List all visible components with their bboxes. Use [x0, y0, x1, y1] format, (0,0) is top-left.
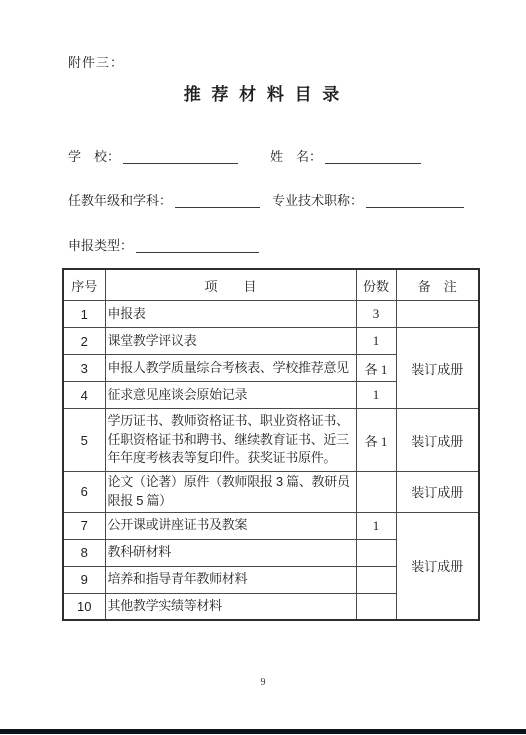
- field-grade-subject: 任教年级和学科：: [68, 190, 260, 209]
- materials-table: 序号 项 目 份数 备 注 1 申报表 3 2 课堂教学评议表 1 装订成册 3…: [62, 268, 480, 621]
- page-title: 推 荐 材 料 目 录: [0, 80, 526, 105]
- header-remark: 备 注: [396, 269, 479, 301]
- page-number: 9: [0, 677, 526, 688]
- cell-item: 公开课或讲座证书及教案: [105, 512, 356, 539]
- cell-copies: [356, 566, 396, 593]
- field-apply-type: 申报类型：: [68, 235, 259, 254]
- cell-no: 3: [63, 355, 105, 382]
- cell-copies: 3: [356, 301, 396, 328]
- cell-no: 1: [63, 301, 105, 328]
- cell-no: 8: [63, 539, 105, 566]
- header-item: 项 目: [105, 269, 356, 301]
- field-school-blank: [123, 149, 238, 164]
- cell-copies: [356, 472, 396, 513]
- cell-item: 课堂教学评议表: [105, 328, 356, 355]
- field-grade-subject-blank: [175, 193, 260, 208]
- cell-item: 教科研材料: [105, 539, 356, 566]
- cell-remark-merged: 装订成册: [396, 328, 479, 409]
- cell-item: 培养和指导青年教师材料: [105, 566, 356, 593]
- cell-copies: 各 1: [356, 355, 396, 382]
- field-name-blank: [325, 149, 421, 164]
- cell-item: 其他教学实绩等材料: [105, 593, 356, 620]
- cell-no: 9: [63, 566, 105, 593]
- field-professional-title: 专业技术职称：: [272, 190, 464, 209]
- cell-item: 学历证书、教师资格证书、职业资格证书、任职资格证书和聘书、继续教育证书、近三年年…: [105, 409, 356, 472]
- cell-no: 7: [63, 512, 105, 539]
- cell-no: 10: [63, 593, 105, 620]
- header-no: 序号: [63, 269, 105, 301]
- field-apply-type-blank: [136, 238, 259, 253]
- cell-item: 申报表: [105, 301, 356, 328]
- cell-no: 6: [63, 472, 105, 513]
- field-school-label: 学 校：: [68, 149, 120, 164]
- field-name-label: 姓 名：: [270, 149, 322, 164]
- cell-copies: 1: [356, 328, 396, 355]
- header-copies: 份数: [356, 269, 396, 301]
- field-professional-title-blank: [366, 193, 464, 208]
- cell-no: 5: [63, 409, 105, 472]
- table-row: 5 学历证书、教师资格证书、职业资格证书、任职资格证书和聘书、继续教育证书、近三…: [63, 409, 479, 472]
- field-professional-title-label: 专业技术职称：: [272, 193, 363, 208]
- table-row: 1 申报表 3: [63, 301, 479, 328]
- cell-copies: 1: [356, 382, 396, 409]
- cell-item: 申报人教学质量综合考核表、学校推荐意见: [105, 355, 356, 382]
- attachment-label: 附件三：: [68, 52, 124, 71]
- cell-copies: [356, 593, 396, 620]
- cell-copies: 各 1: [356, 409, 396, 472]
- cell-copies: 1: [356, 512, 396, 539]
- table-row: 6 论文（论著）原件（教师限报 3 篇、教研员限报 5 篇） 装订成册: [63, 472, 479, 513]
- cell-copies: [356, 539, 396, 566]
- table-header-row: 序号 项 目 份数 备 注: [63, 269, 479, 301]
- cell-no: 4: [63, 382, 105, 409]
- cell-no: 2: [63, 328, 105, 355]
- field-apply-type-label: 申报类型：: [68, 238, 133, 253]
- field-name: 姓 名：: [270, 146, 421, 165]
- table-row: 7 公开课或讲座证书及教案 1 装订成册: [63, 512, 479, 539]
- cell-remark: 装订成册: [396, 409, 479, 472]
- cell-remark: [396, 301, 479, 328]
- field-school: 学 校：: [68, 146, 238, 165]
- cell-remark-merged: 装订成册: [396, 512, 479, 620]
- field-grade-subject-label: 任教年级和学科：: [68, 193, 172, 208]
- cell-item: 征求意见座谈会原始记录: [105, 382, 356, 409]
- cell-item: 论文（论著）原件（教师限报 3 篇、教研员限报 5 篇）: [105, 472, 356, 513]
- scan-edge-bar: [0, 729, 526, 734]
- cell-remark: 装订成册: [396, 472, 479, 513]
- table-row: 2 课堂教学评议表 1 装订成册: [63, 328, 479, 355]
